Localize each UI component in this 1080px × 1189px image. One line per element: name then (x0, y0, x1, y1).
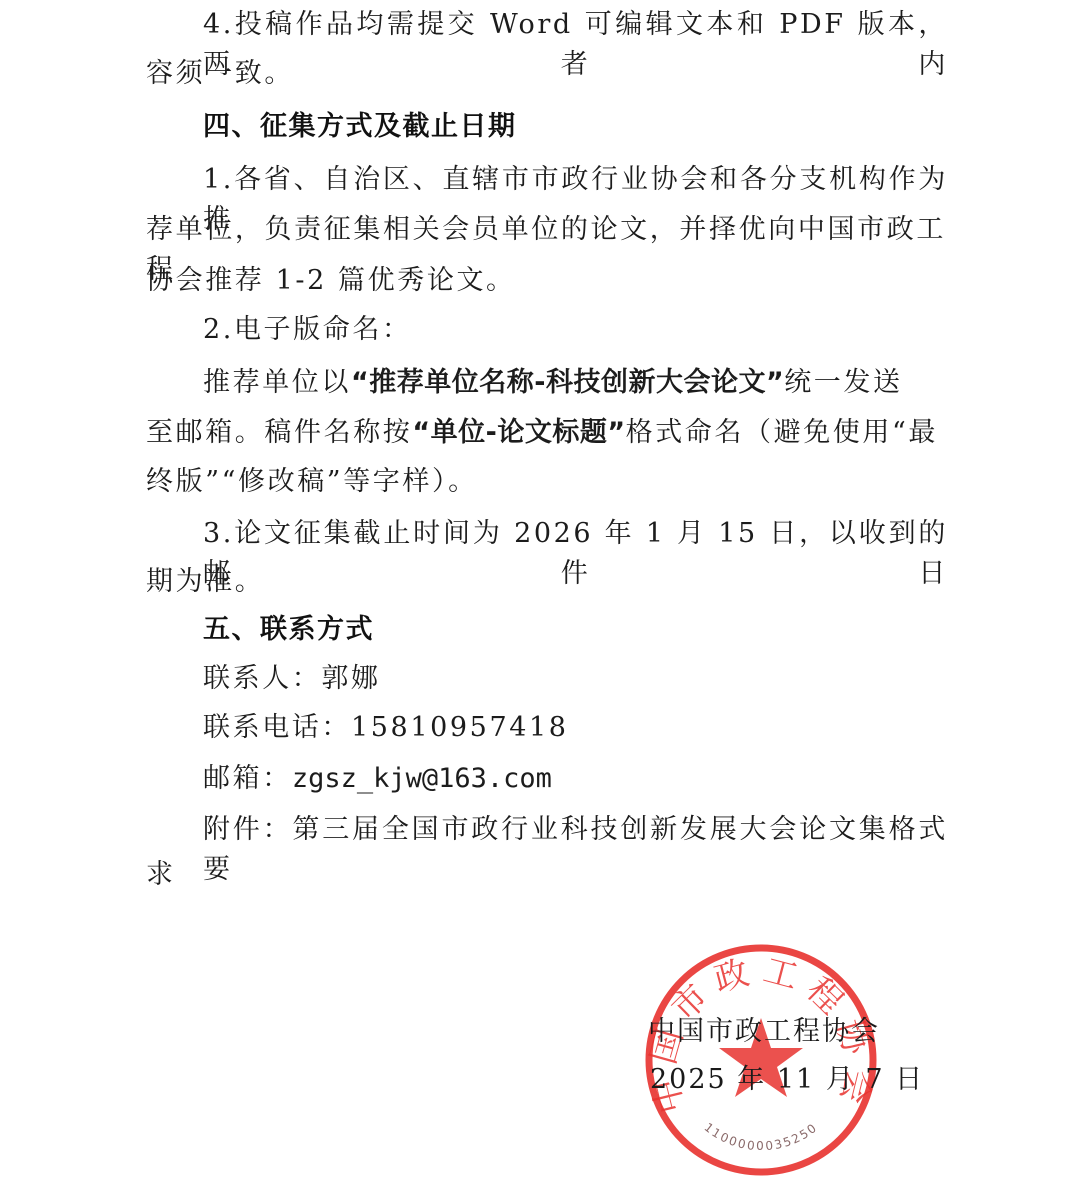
filename-suffix: 格式命名（避免使用“最 (626, 417, 938, 448)
email-address: zgsz_kjw@163.com (292, 763, 552, 794)
contact-phone-line: 联系电话：15810957418 (203, 708, 948, 748)
item4-line2: 容须一致。 (146, 54, 946, 94)
section4-item2-para-line1: 推荐单位以“推荐单位名称-科技创新大会论文”统一发送 (203, 363, 948, 403)
section4-heading: 四、征集方式及截止日期 (203, 107, 948, 147)
phone-label: 联系电话： (203, 712, 351, 743)
section4-item1-line2: 荐单位，负责征集相关会员单位的论文，并择优向中国市政工程 (146, 210, 946, 250)
naming-prefix: 推荐单位以 (203, 367, 351, 398)
naming-suffix: 统一发送 (784, 367, 902, 398)
item4-line1: 4.投稿作品均需提交 Word 可编辑文本和 PDF 版本，两者内 (203, 5, 948, 45)
section4-item2-para-line3: 终版”“修改稿”等字样）。 (146, 462, 946, 502)
document-page: 4.投稿作品均需提交 Word 可编辑文本和 PDF 版本，两者内 容须一致。 … (0, 0, 1080, 1189)
naming-format-bold: “推荐单位名称-科技创新大会论文” (351, 367, 784, 398)
phone-number: 15810957418 (351, 712, 569, 743)
contact-person: 联系人：郭娜 (203, 659, 948, 699)
filename-format-bold: “单位-论文标题” (412, 417, 625, 448)
attachment-line1: 附件：第三届全国市政行业科技创新发展大会论文集格式要 (203, 810, 948, 850)
section4-item3-line1: 3.论文征集截止时间为 2026 年 1 月 15 日，以收到的邮件日 (203, 514, 948, 554)
svg-text:1100000035250: 1100000035250 (701, 1120, 820, 1153)
email-label: 邮箱： (203, 763, 292, 794)
section4-item1-line1: 1.各省、自治区、直辖市市政行业协会和各分支机构作为推 (203, 160, 948, 200)
section4-item1-line3: 协会推荐 1-2 篇优秀论文。 (146, 261, 946, 301)
section4-item2-para-line2: 至邮箱。稿件名称按“单位-论文标题”格式命名（避免使用“最 (146, 413, 946, 453)
section4-item3-line2: 期为准。 (146, 562, 946, 602)
signature-date: 2025 年 11 月 7 日 (650, 1060, 924, 1100)
filename-prefix: 至邮箱。稿件名称按 (146, 417, 412, 448)
contact-email-line: 邮箱：zgsz_kjw@163.com (203, 759, 948, 799)
signature-organization: 中国市政工程协会 (648, 1012, 880, 1052)
section5-heading: 五、联系方式 (203, 610, 948, 650)
section4-item2-title: 2.电子版命名： (203, 310, 948, 350)
attachment-line2: 求 (146, 855, 946, 895)
